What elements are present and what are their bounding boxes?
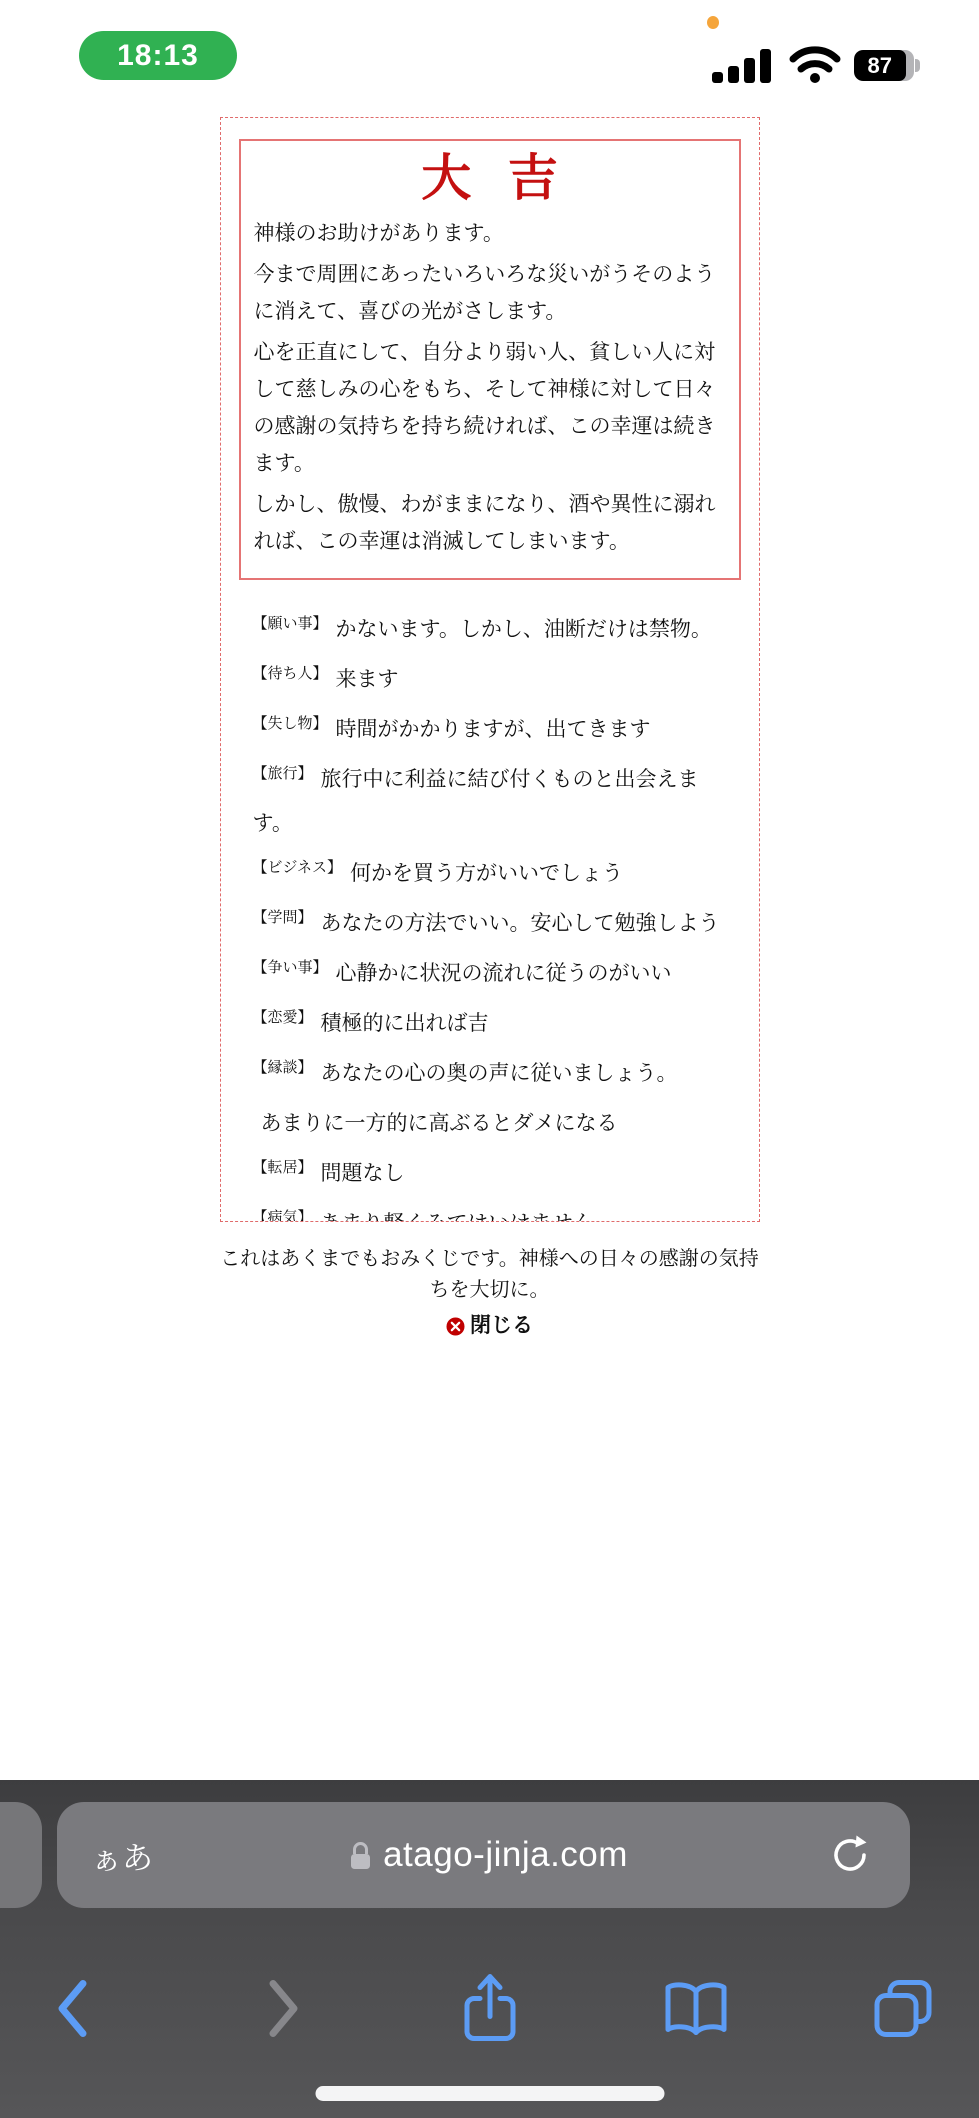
- fortune-line: 【学問】あなたの方法でいい。安心して勉強しよう: [253, 896, 727, 946]
- fortune-line: 【待ち人】来ます: [253, 652, 727, 702]
- fortune-category-label: 【病気】: [253, 1209, 313, 1222]
- omikuji-card: 大 吉 神様のお助けがあります。 今まで周囲にあったいろいろな災いがうそのように…: [220, 117, 760, 1222]
- fortune-line: あまりに一方的に高ぶるとダメになる: [253, 1096, 727, 1146]
- close-label: 閉じる: [470, 1309, 533, 1343]
- fortune-category-label: 【旅行】: [253, 765, 313, 782]
- browser-toolbar-buttons: [0, 1976, 979, 2046]
- previous-tab-peek[interactable]: [0, 1802, 42, 1908]
- home-indicator[interactable]: [315, 2086, 664, 2101]
- safari-toolbar: ぁあ atago-jinja.com: [0, 1780, 979, 2118]
- fortune-category-label: 【恋愛】: [253, 1009, 313, 1026]
- fortune-category-label: 【転居】: [253, 1159, 313, 1176]
- fortune-category-label: 【失し物】: [253, 715, 328, 732]
- fortune-text: かないます。しかし、油断だけは禁物。: [336, 618, 712, 641]
- web-page-content: 大 吉 神様のお助けがあります。 今まで周囲にあったいろいろな災いがうそのように…: [0, 85, 979, 1343]
- fortune-category-label: 【願い事】: [253, 615, 328, 632]
- fortune-text: 積極的に出れば吉: [321, 1012, 489, 1035]
- fortune-text: 心静かに状況の流れに従うのがいい: [336, 962, 672, 985]
- fortune-line: 【縁談】あなたの心の奥の声に従いましょう。: [253, 1046, 727, 1096]
- fortune-text: 問題なし: [321, 1162, 405, 1185]
- fortune-line: 【願い事】かないます。しかし、油断だけは禁物。: [253, 602, 727, 652]
- status-bar: 18:13 87: [0, 0, 979, 90]
- fortune-text: あなたの方法でいい。安心して勉強しよう: [321, 912, 720, 935]
- forward-button[interactable]: [266, 1978, 302, 2045]
- lock-icon: [349, 1840, 372, 1871]
- forward-icon: [266, 1978, 302, 2040]
- fortune-result-box: 大 吉 神様のお助けがあります。 今まで周囲にあったいろいろな災いがうそのように…: [239, 139, 741, 580]
- iphone-screen: 18:13 87: [0, 0, 979, 2118]
- fortune-title: 大 吉: [254, 145, 726, 211]
- status-icons: 87: [712, 45, 920, 83]
- address-bar-row: ぁあ atago-jinja.com: [0, 1802, 979, 1908]
- fortune-list: 【願い事】かないます。しかし、油断だけは禁物。 【待ち人】来ます 【失し物】時間…: [239, 580, 741, 1222]
- fortune-line: 【病気】あまり軽くみてはいけません。: [253, 1196, 727, 1222]
- fortune-line: 【転居】問題なし: [253, 1146, 727, 1196]
- fortune-description: 今まで周囲にあったいろいろな災いがうそのように消えて、喜びの光がさします。: [254, 256, 726, 330]
- close-link[interactable]: 閉じる: [446, 1309, 533, 1343]
- fortune-line: 【恋愛】積極的に出れば吉: [253, 996, 727, 1046]
- url-display[interactable]: atago-jinja.com: [187, 1835, 790, 1875]
- fortune-category-label: 【縁談】: [253, 1059, 313, 1076]
- fortune-text: 何かを買う方がいいでしょう: [350, 862, 623, 885]
- battery-percent: 87: [868, 53, 892, 79]
- fortune-category-label: 【争い事】: [253, 959, 328, 976]
- share-button[interactable]: [463, 1973, 517, 2050]
- time-pill[interactable]: 18:13: [79, 31, 237, 80]
- fortune-text: あなたの心の奥の声に従いましょう。: [321, 1062, 678, 1085]
- back-button[interactable]: [54, 1978, 90, 2045]
- bookmarks-icon: [663, 1980, 729, 2038]
- reload-icon: [829, 1834, 871, 1876]
- share-icon: [463, 1973, 517, 2045]
- fortune-text: 旅行中に利益に結び付くものと出会えます。: [253, 768, 699, 835]
- page-settings-button[interactable]: ぁあ: [57, 1833, 187, 1878]
- disclaimer-note: これはあくまでもおみくじです。神様への日々の感謝の気持ちを大切に。: [214, 1244, 766, 1306]
- bookmarks-button[interactable]: [663, 1980, 729, 2043]
- battery-nub: [915, 59, 920, 72]
- fortune-text: 来ます: [336, 668, 399, 691]
- fortune-line: 【争い事】心静かに状況の流れに従うのがいい: [253, 946, 727, 996]
- address-bar[interactable]: ぁあ atago-jinja.com: [57, 1802, 910, 1908]
- back-icon: [54, 1978, 90, 2040]
- tabs-button[interactable]: [873, 1979, 933, 2044]
- url-text: atago-jinja.com: [383, 1835, 628, 1875]
- fortune-category-label: 【学問】: [253, 909, 313, 926]
- tabs-icon: [873, 1979, 933, 2039]
- fortune-text: 時間がかかりますが、出てきます: [336, 718, 651, 741]
- microphone-indicator-dot: [707, 16, 719, 29]
- fortune-line: 【旅行】旅行中に利益に結び付くものと出会えます。: [253, 752, 727, 846]
- fortune-text: あまりに一方的に高ぶるとダメになる: [261, 1112, 618, 1135]
- fortune-category-label: 【待ち人】: [253, 665, 328, 682]
- fortune-line: 【ビジネス】何かを買う方がいいでしょう: [253, 846, 727, 896]
- fortune-text: あまり軽くみてはいけません。: [321, 1212, 616, 1222]
- fortune-line: 【失し物】時間がかかりますが、出てきます: [253, 702, 727, 752]
- wifi-icon: [789, 45, 841, 83]
- close-row: 閉じる: [0, 1309, 979, 1343]
- cellular-signal-icon: [712, 49, 776, 83]
- status-time: 18:13: [117, 39, 199, 73]
- fortune-category-label: 【ビジネス】: [253, 859, 343, 876]
- battery-indicator: 87: [854, 50, 920, 81]
- reload-button[interactable]: [790, 1834, 910, 1876]
- fortune-description: 神様のお助けがあります。: [254, 215, 726, 252]
- fortune-description: 心を正直にして、自分より弱い人、貧しい人に対して慈しみの心をもち、そして神様に対…: [254, 334, 726, 482]
- fortune-description: しかし、傲慢、わがままになり、酒や異性に溺れれば、この幸運は消滅してしまいます。: [254, 486, 726, 560]
- close-circle-x-icon: [446, 1317, 465, 1336]
